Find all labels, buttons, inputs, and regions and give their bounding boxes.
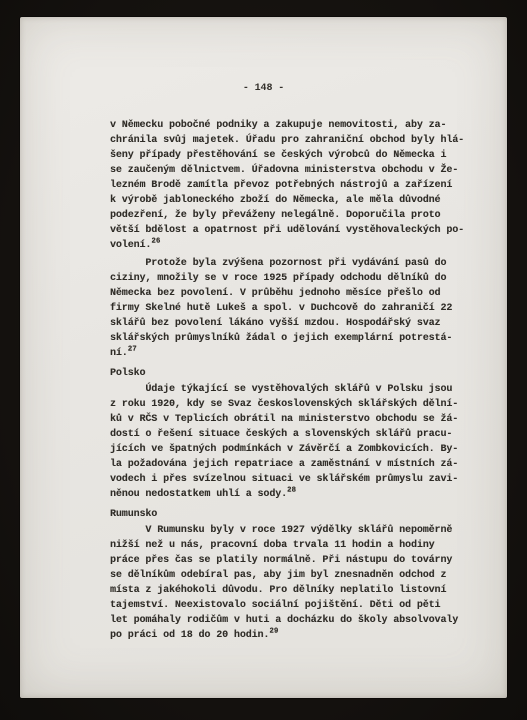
text-line: ciziny, množily se v roce 1925 případy o… — [110, 271, 488, 286]
text-line: ků v RČS v Teplicích obrátil na minister… — [110, 412, 488, 427]
text-line: v Německu pobočné podniky a zakupuje nem… — [110, 118, 488, 133]
text-line: sklářů bez povolení lákáno vyšší mzdou. … — [110, 316, 488, 331]
footnote-ref: 28 — [287, 487, 296, 495]
paragraph: Protože byla zvýšena pozornost při vydáv… — [110, 256, 488, 361]
paragraph: V Rumunsku byly v roce 1927 výdělky sklá… — [110, 523, 488, 643]
text-line: z roku 1920, kdy se Svaz československýc… — [110, 397, 488, 412]
text-line: jících ve špatných podmínkách v Závěrčí … — [110, 442, 488, 457]
footnote-ref: 29 — [269, 628, 278, 636]
document-page: - 148 - v Německu pobočné podniky a zaku… — [20, 17, 507, 698]
text-line: V Rumunsku byly v roce 1927 výdělky sklá… — [110, 523, 488, 538]
text-line: nižší než u nás, pracovní doba trvala 11… — [110, 538, 488, 553]
footnote-ref: 26 — [151, 238, 160, 246]
text-line: Údaje týkající se vystěhovalých sklářů v… — [110, 382, 488, 397]
text-line: let pomáhaly rodičům v huti a docházku d… — [110, 613, 488, 628]
text-line: místa z jakéhokoli důvodu. Pro dělníky n… — [110, 583, 488, 598]
text-line: tajemství. Neexistovalo sociální pojiště… — [110, 598, 488, 613]
page-number: - 148 - — [20, 83, 507, 94]
text-line: se dělníkům odebíral pas, aby jim byl zn… — [110, 568, 488, 583]
text-line: la požadována jejich repatriace a zaměst… — [110, 457, 488, 472]
text-line: Protože byla zvýšena pozornost při vydáv… — [110, 256, 488, 271]
text-line: chránila svůj majetek. Úřadu pro zahrani… — [110, 133, 488, 148]
text-line: po práci od 18 do 20 hodin.29 — [110, 628, 488, 643]
text-line: volení.26 — [110, 238, 488, 253]
text-line: Německa bez povolení. V průběhu jednoho … — [110, 286, 488, 301]
text-line: lezném Brodě zamítla převoz potřebných n… — [110, 178, 488, 193]
text-line: dostí o řešení situace českých a slovens… — [110, 427, 488, 442]
text-line: něnou nedostatkem uhlí a sody.28 — [110, 487, 488, 502]
footnote-ref: 27 — [128, 346, 137, 354]
text-line: podezření, že byly převáženy nelegálně. … — [110, 208, 488, 223]
section-heading: Rumunsko — [110, 507, 488, 522]
text-line: práce přes čas se platily normálně. Při … — [110, 553, 488, 568]
text-line: se zaučeným dělnictvem. Úřadovna ministe… — [110, 163, 488, 178]
text-line: šeny případy přestěhování se českých výr… — [110, 148, 488, 163]
paragraph: Údaje týkající se vystěhovalých sklářů v… — [110, 382, 488, 502]
text-line: větší bdělost a opatrnost při udělování … — [110, 223, 488, 238]
text-line: k výrobě jabloneckého zboží do Německa, … — [110, 193, 488, 208]
paragraph: v Německu pobočné podniky a zakupuje nem… — [110, 118, 488, 253]
text-line: vodech i přes svízelnou situaci ve sklář… — [110, 472, 488, 487]
text-line: ní.27 — [110, 346, 488, 361]
text-line: firmy Skelné hutě Lukeš a spol. v Duchco… — [110, 301, 488, 316]
page-body-text: v Německu pobočné podniky a zakupuje nem… — [110, 118, 488, 643]
section-heading: Polsko — [110, 366, 488, 381]
text-line: sklářských průmyslníků žádal o jejich ex… — [110, 331, 488, 346]
